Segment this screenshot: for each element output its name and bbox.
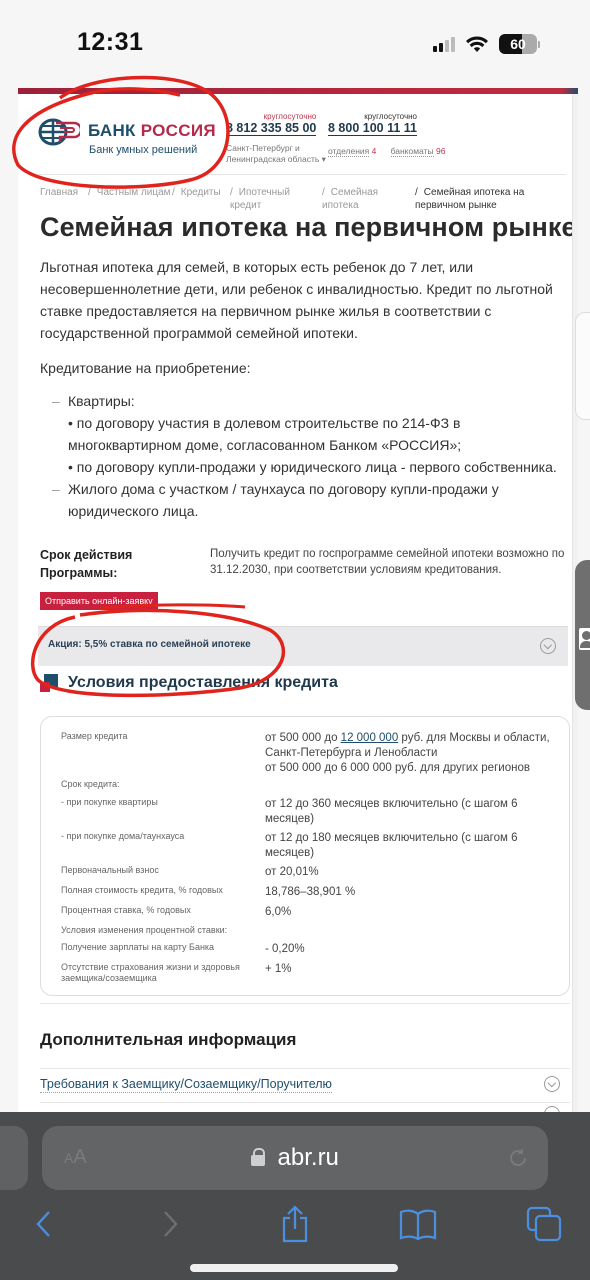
status-icons: 60 bbox=[433, 34, 540, 54]
program-term-text: Получить кредит по госпрограмме семейной… bbox=[210, 546, 570, 578]
breadcrumb-item[interactable]: /Ипотечный кредит bbox=[230, 186, 320, 212]
ios-status-bar: 12:31 60 bbox=[0, 0, 590, 88]
header-divider bbox=[38, 174, 566, 175]
forward-button[interactable] bbox=[150, 1204, 190, 1244]
address-bar[interactable]: AA abr.ru bbox=[42, 1126, 548, 1190]
reload-icon[interactable] bbox=[506, 1146, 530, 1170]
conditions-table: Размер кредита от 500 000 до 12 000 000 … bbox=[40, 716, 570, 996]
atms-count: 96 bbox=[436, 146, 445, 156]
branches-link[interactable]: отделения bbox=[328, 146, 369, 157]
breadcrumb-item[interactable]: /Кредиты bbox=[172, 186, 232, 199]
section-divider bbox=[40, 1102, 570, 1103]
intro-paragraph: Льготная ипотека для семей, в которых ес… bbox=[40, 256, 560, 344]
program-term-label: Срок действия Программы: bbox=[40, 546, 170, 582]
share-button[interactable] bbox=[275, 1204, 315, 1244]
forward-icon bbox=[160, 1209, 180, 1239]
previous-tab-peek[interactable] bbox=[0, 1126, 28, 1190]
branches-atms: отделения 4 банкоматы 96 bbox=[328, 146, 445, 156]
section-divider bbox=[40, 1003, 570, 1004]
conditions-heading: Условия предоставления кредита bbox=[40, 674, 338, 692]
phone-spb-number[interactable]: 8 812 335 85 00 bbox=[226, 121, 316, 136]
region-selector[interactable]: Санкт-Петербург и Ленинградская область … bbox=[226, 143, 326, 165]
url-text: abr.ru bbox=[278, 1144, 339, 1171]
side-panel-tab[interactable] bbox=[575, 312, 590, 420]
list-item: – Квартиры: • по договору участия в доле… bbox=[40, 390, 570, 478]
tabs-button[interactable] bbox=[524, 1204, 564, 1244]
status-time: 12:31 bbox=[77, 28, 143, 57]
tabs-icon bbox=[526, 1206, 562, 1242]
top-brand-stripe bbox=[18, 88, 578, 94]
section-divider bbox=[40, 1068, 570, 1069]
lock-icon bbox=[251, 1148, 265, 1166]
apply-online-button[interactable]: Отправить онлайн-заявку bbox=[40, 592, 158, 610]
page-title: Семейная ипотека на первичном рынке bbox=[40, 212, 577, 243]
bank-brand-name[interactable]: БАНК РОССИЯ bbox=[88, 121, 216, 141]
phone-federal: круглосуточно 8 800 100 11 11 bbox=[328, 112, 417, 136]
back-icon bbox=[34, 1209, 54, 1239]
phone-spb: круглосуточно 8 812 335 85 00 bbox=[226, 112, 316, 136]
safari-bottom-bar: AA abr.ru bbox=[0, 1112, 590, 1280]
list-item: – Жилого дома с участком / таунхауса по … bbox=[40, 478, 570, 522]
breadcrumb-item[interactable]: Главная bbox=[40, 186, 90, 199]
bank-slogan: Банк умных решений bbox=[89, 144, 197, 156]
atms-link[interactable]: банкоматы bbox=[391, 146, 434, 157]
bookmarks-button[interactable] bbox=[398, 1204, 438, 1244]
additional-info-heading: Дополнительная информация bbox=[40, 1030, 296, 1050]
safari-toolbar bbox=[0, 1204, 590, 1244]
side-chat-tab[interactable] bbox=[575, 560, 590, 710]
accordion-borrower-requirements[interactable]: Требования к Заемщику/Созаемщику/Поручит… bbox=[40, 1077, 332, 1093]
breadcrumb-current: /Семейная ипотека на первичном рынке bbox=[415, 186, 575, 212]
battery-icon: 60 bbox=[499, 34, 540, 54]
promo-accordion[interactable]: Акция: 5,5% ставка по семейной ипотеке bbox=[38, 626, 568, 666]
home-indicator bbox=[190, 1264, 398, 1272]
credit-for-list: – Квартиры: • по договору участия в доле… bbox=[40, 390, 570, 522]
breadcrumb-item[interactable]: /Частным лицам bbox=[88, 186, 178, 199]
bookmarks-icon bbox=[399, 1208, 437, 1240]
promo-label: Акция: 5,5% ставка по семейной ипотеке bbox=[48, 639, 251, 650]
phone-federal-number[interactable]: 8 800 100 11 11 bbox=[328, 121, 417, 136]
wifi-icon bbox=[465, 35, 489, 53]
max-amount-link[interactable]: 12 000 000 bbox=[341, 732, 399, 744]
person-icon bbox=[579, 628, 590, 650]
battery-percent: 60 bbox=[499, 34, 537, 54]
share-icon bbox=[280, 1205, 310, 1243]
chevron-down-icon[interactable] bbox=[544, 1076, 560, 1092]
branches-count: 4 bbox=[372, 146, 377, 156]
chevron-down-icon[interactable] bbox=[540, 638, 556, 654]
section-square-icon bbox=[40, 674, 58, 692]
breadcrumb-item[interactable]: /Семейная ипотека bbox=[322, 186, 407, 212]
signal-icon bbox=[433, 36, 455, 52]
web-page: БАНК РОССИЯ Банк умных решений круглосут… bbox=[18, 88, 578, 1112]
credit-for-label: Кредитование на приобретение: bbox=[40, 360, 251, 376]
bank-logo-icon[interactable] bbox=[38, 118, 80, 146]
back-button[interactable] bbox=[24, 1204, 64, 1244]
